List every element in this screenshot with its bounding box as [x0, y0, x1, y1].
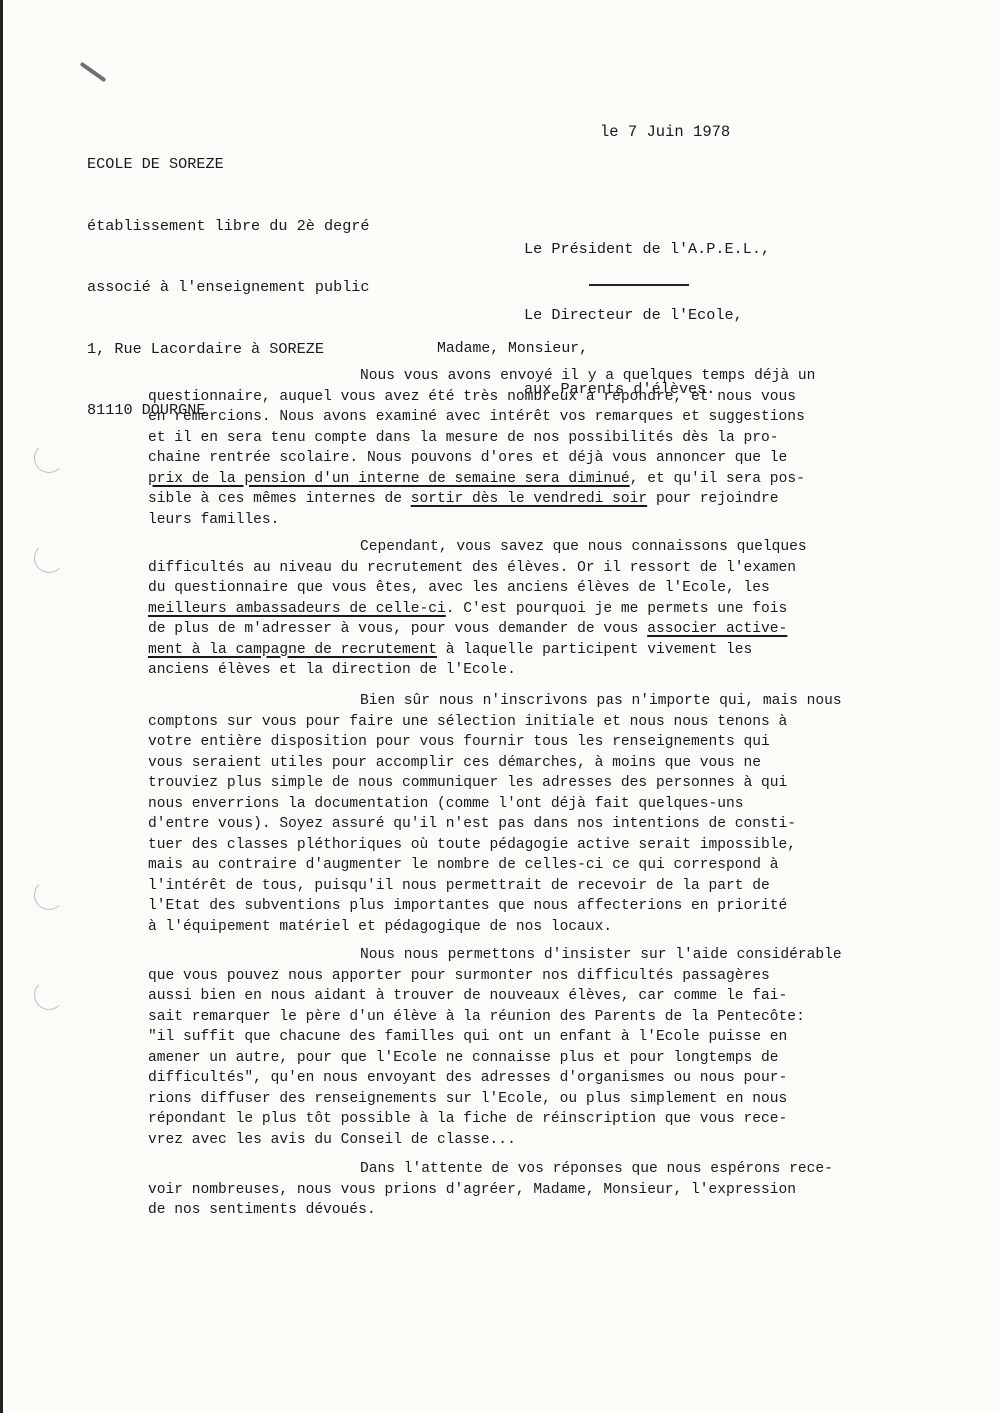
recipient-line: Le Président de l'A.P.E.L., [524, 238, 770, 260]
text-line: amener un autre, pour que l'Ecole ne con… [148, 1048, 993, 1069]
paragraph: Dans l'attente de vos réponses que nous … [148, 1159, 993, 1221]
text-line: Cependant, vous savez que nous connaisso… [148, 537, 993, 558]
text-line: que vous pouvez nous apporter pour surmo… [148, 966, 993, 987]
text-line: vous seraient utiles pour accomplir ces … [148, 753, 993, 774]
text-line: répondant le plus tôt possible à la fich… [148, 1109, 993, 1130]
text-line: voir nombreuses, nous vous prions d'agré… [148, 1180, 993, 1201]
text-line: comptons sur vous pour faire une sélecti… [148, 712, 993, 733]
text-line: aussi bien en nous aidant à trouver de n… [148, 986, 993, 1007]
text-line: l'intérêt de tous, puisqu'il nous permet… [148, 876, 993, 897]
underlined-text: meilleurs ambassadeurs de celle-ci [148, 601, 446, 617]
text-line: Bien sûr nous n'inscrivons pas n'importe… [148, 691, 993, 712]
salutation: Madame, Monsieur, [437, 341, 588, 357]
text-line: difficultés", qu'en nous envoyant des ad… [148, 1068, 993, 1089]
text-run: de plus de m'adresser à vous, pour vous … [148, 621, 647, 637]
text-line: questionnaire, auquel vous avez été très… [148, 387, 993, 408]
paragraph: Cependant, vous savez que nous connaisso… [148, 537, 993, 681]
sender-line: ECOLE DE SOREZE [87, 154, 370, 175]
text-line: Nous nous permettons d'insister sur l'ai… [148, 945, 993, 966]
text-run: à laquelle participent vivement les [437, 642, 752, 658]
text-line: trouviez plus simple de nous communiquer… [148, 773, 993, 794]
text-run: . C'est pourquoi je me permets une fois [446, 601, 788, 617]
sender-line: établissement libre du 2è degré [87, 216, 370, 237]
punch-hole [34, 443, 64, 473]
underlined-text: ment à la campagne de recrutement [148, 642, 437, 658]
underlined-text: associer active- [647, 621, 787, 637]
text-run: sible à ces mêmes internes de [148, 491, 411, 507]
text-line: rions diffuser des renseignements sur l'… [148, 1089, 993, 1110]
text-line: du questionnaire que vous êtes, avec les… [148, 578, 993, 599]
text-line: sible à ces mêmes internes de sortir dès… [148, 489, 993, 510]
sender-line: associé à l'enseignement public [87, 277, 370, 298]
text-line: tuer des classes pléthoriques où toute p… [148, 835, 993, 856]
text-line: prix de la pension d'un interne de semai… [148, 469, 993, 490]
text-line: mais au contraire d'augmenter le nombre … [148, 855, 993, 876]
text-line: en remercions. Nous avons examiné avec i… [148, 407, 993, 428]
text-line: difficultés au niveau du recrutement des… [148, 558, 993, 579]
paragraph: Nous nous permettons d'insister sur l'ai… [148, 945, 993, 1150]
text-line: sait remarquer le père d'un élève à la r… [148, 1007, 993, 1028]
text-line: et il en sera tenu compte dans la mesure… [148, 428, 993, 449]
text-line: chaine rentrée scolaire. Nous pouvons d'… [148, 448, 993, 469]
letter-date: le 7 Juin 1978 [600, 123, 730, 141]
text-line: vrez avec les avis du Conseil de classe.… [148, 1130, 993, 1151]
sender-line: 1, Rue Lacordaire à SOREZE [87, 339, 370, 360]
text-line: anciens élèves et la direction de l'Ecol… [148, 660, 993, 681]
underlined-text: prix de la pension d'un interne de semai… [148, 471, 630, 487]
separator-rule [589, 284, 689, 286]
text-line: de nos sentiments dévoués. [148, 1200, 993, 1221]
paragraph: Nous vous avons envoyé il y a quelques t… [148, 366, 993, 530]
text-line: leurs familles. [148, 510, 993, 531]
paragraph: Bien sûr nous n'inscrivons pas n'importe… [148, 691, 993, 937]
punch-hole [34, 543, 64, 573]
text-line: de plus de m'adresser à vous, pour vous … [148, 619, 993, 640]
text-line: meilleurs ambassadeurs de celle-ci. C'es… [148, 599, 993, 620]
text-line: nous enverrions la documentation (comme … [148, 794, 993, 815]
text-line: Dans l'attente de vos réponses que nous … [148, 1159, 993, 1180]
text-line: votre entière disposition pour vous four… [148, 732, 993, 753]
punch-hole [34, 880, 64, 910]
recipient-line: Le Directeur de l'Ecole, [524, 304, 770, 326]
text-line: Nous vous avons envoyé il y a quelques t… [148, 366, 993, 387]
page-edge [0, 0, 3, 1413]
text-line: ment à la campagne de recrutement à laqu… [148, 640, 993, 661]
punch-hole [34, 980, 64, 1010]
underlined-text: sortir dès le vendredi soir [411, 491, 647, 507]
text-run: pour rejoindre [647, 491, 778, 507]
text-line: à l'équipement matériel et pédagogique d… [148, 917, 993, 938]
text-run: , et qu'il sera pos- [630, 471, 805, 487]
text-line: l'Etat des subventions plus importantes … [148, 896, 993, 917]
text-line: d'entre vous). Soyez assuré qu'il n'est … [148, 814, 993, 835]
text-line: "il suffit que chacune des familles qui … [148, 1027, 993, 1048]
pencil-mark [80, 62, 107, 82]
